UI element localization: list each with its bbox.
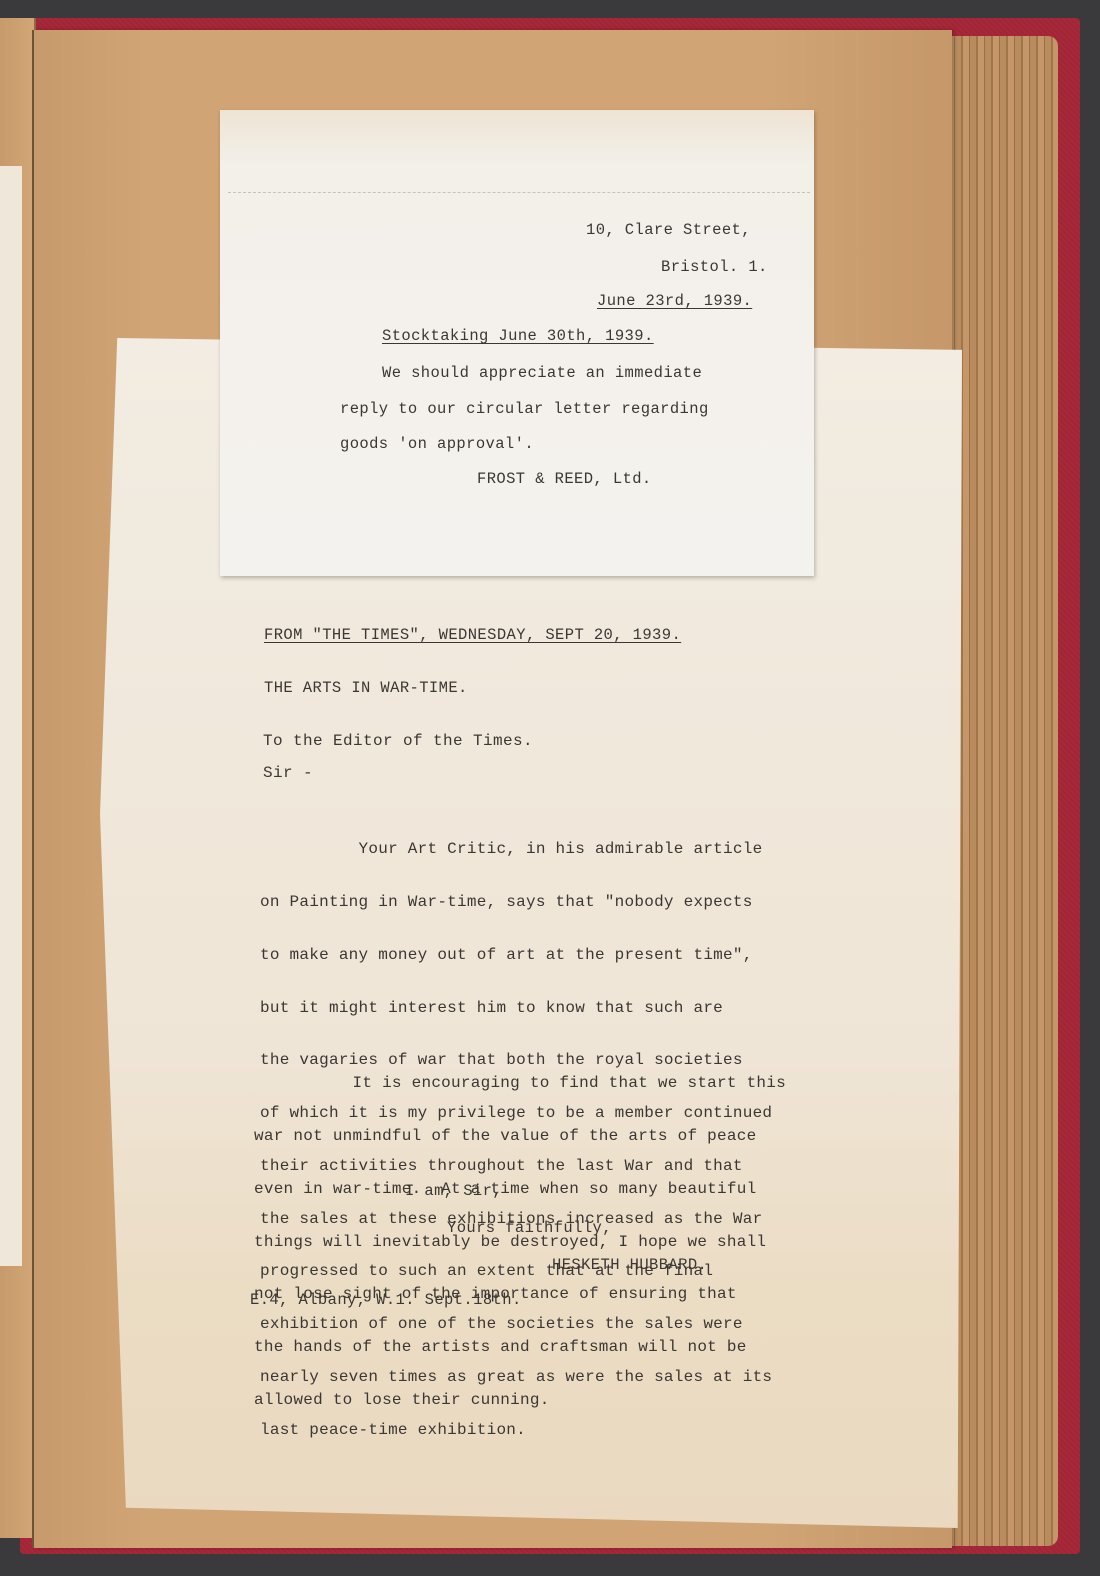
p1-line: Your Art Critic, in his admirable articl…	[260, 841, 772, 859]
perforation-line	[228, 192, 810, 193]
clipping-source: FROM "THE TIMES", WEDNESDAY, SEPT 20, 19…	[264, 626, 681, 644]
p1-line: to make any money out of art at the pres…	[260, 947, 772, 965]
p2-line: even in war-time. At a time when so many…	[254, 1181, 786, 1199]
p2-line: allowed to lose their cunning.	[254, 1392, 786, 1410]
salutation: Sir -	[263, 764, 313, 782]
sender-address-date: E.4, Albany, W.1. Sept.18th.	[250, 1291, 522, 1309]
salutation-to: To the Editor of the Times.	[263, 732, 533, 750]
facing-page-edge	[0, 18, 36, 1538]
facing-page-insert	[0, 166, 22, 1266]
closing-i-am-sir: I am, Sir,	[405, 1182, 502, 1200]
card-body-line: reply to our circular letter regarding	[340, 400, 709, 418]
closing-yours-faithfully: Yours faithfully,	[447, 1219, 612, 1237]
card-signature: FROST & REED, Ltd.	[477, 470, 652, 488]
p2-line: war not unmindful of the value of the ar…	[254, 1128, 786, 1146]
card-subject: Stocktaking June 30th, 1939.	[382, 327, 654, 345]
card-body-line: goods 'on approval'.	[340, 435, 534, 453]
p1-line: but it might interest him to know that s…	[260, 1000, 772, 1018]
gutter	[32, 30, 34, 1548]
card-address-city: Bristol. 1.	[661, 258, 768, 276]
p2-line: the hands of the artists and craftsman w…	[254, 1339, 786, 1357]
p2-line: It is encouraging to find that we start …	[254, 1075, 786, 1093]
card-address-street: 10, Clare Street,	[586, 221, 751, 239]
p1-line: on Painting in War-time, says that "nobo…	[260, 894, 772, 912]
clipping-title: THE ARTS IN WAR-TIME.	[264, 679, 468, 697]
card-body-line: We should appreciate an immediate	[382, 364, 702, 382]
letter-signature: HESKETH HUBBARD.	[552, 1256, 707, 1274]
card-date: June 23rd, 1939.	[597, 292, 752, 310]
